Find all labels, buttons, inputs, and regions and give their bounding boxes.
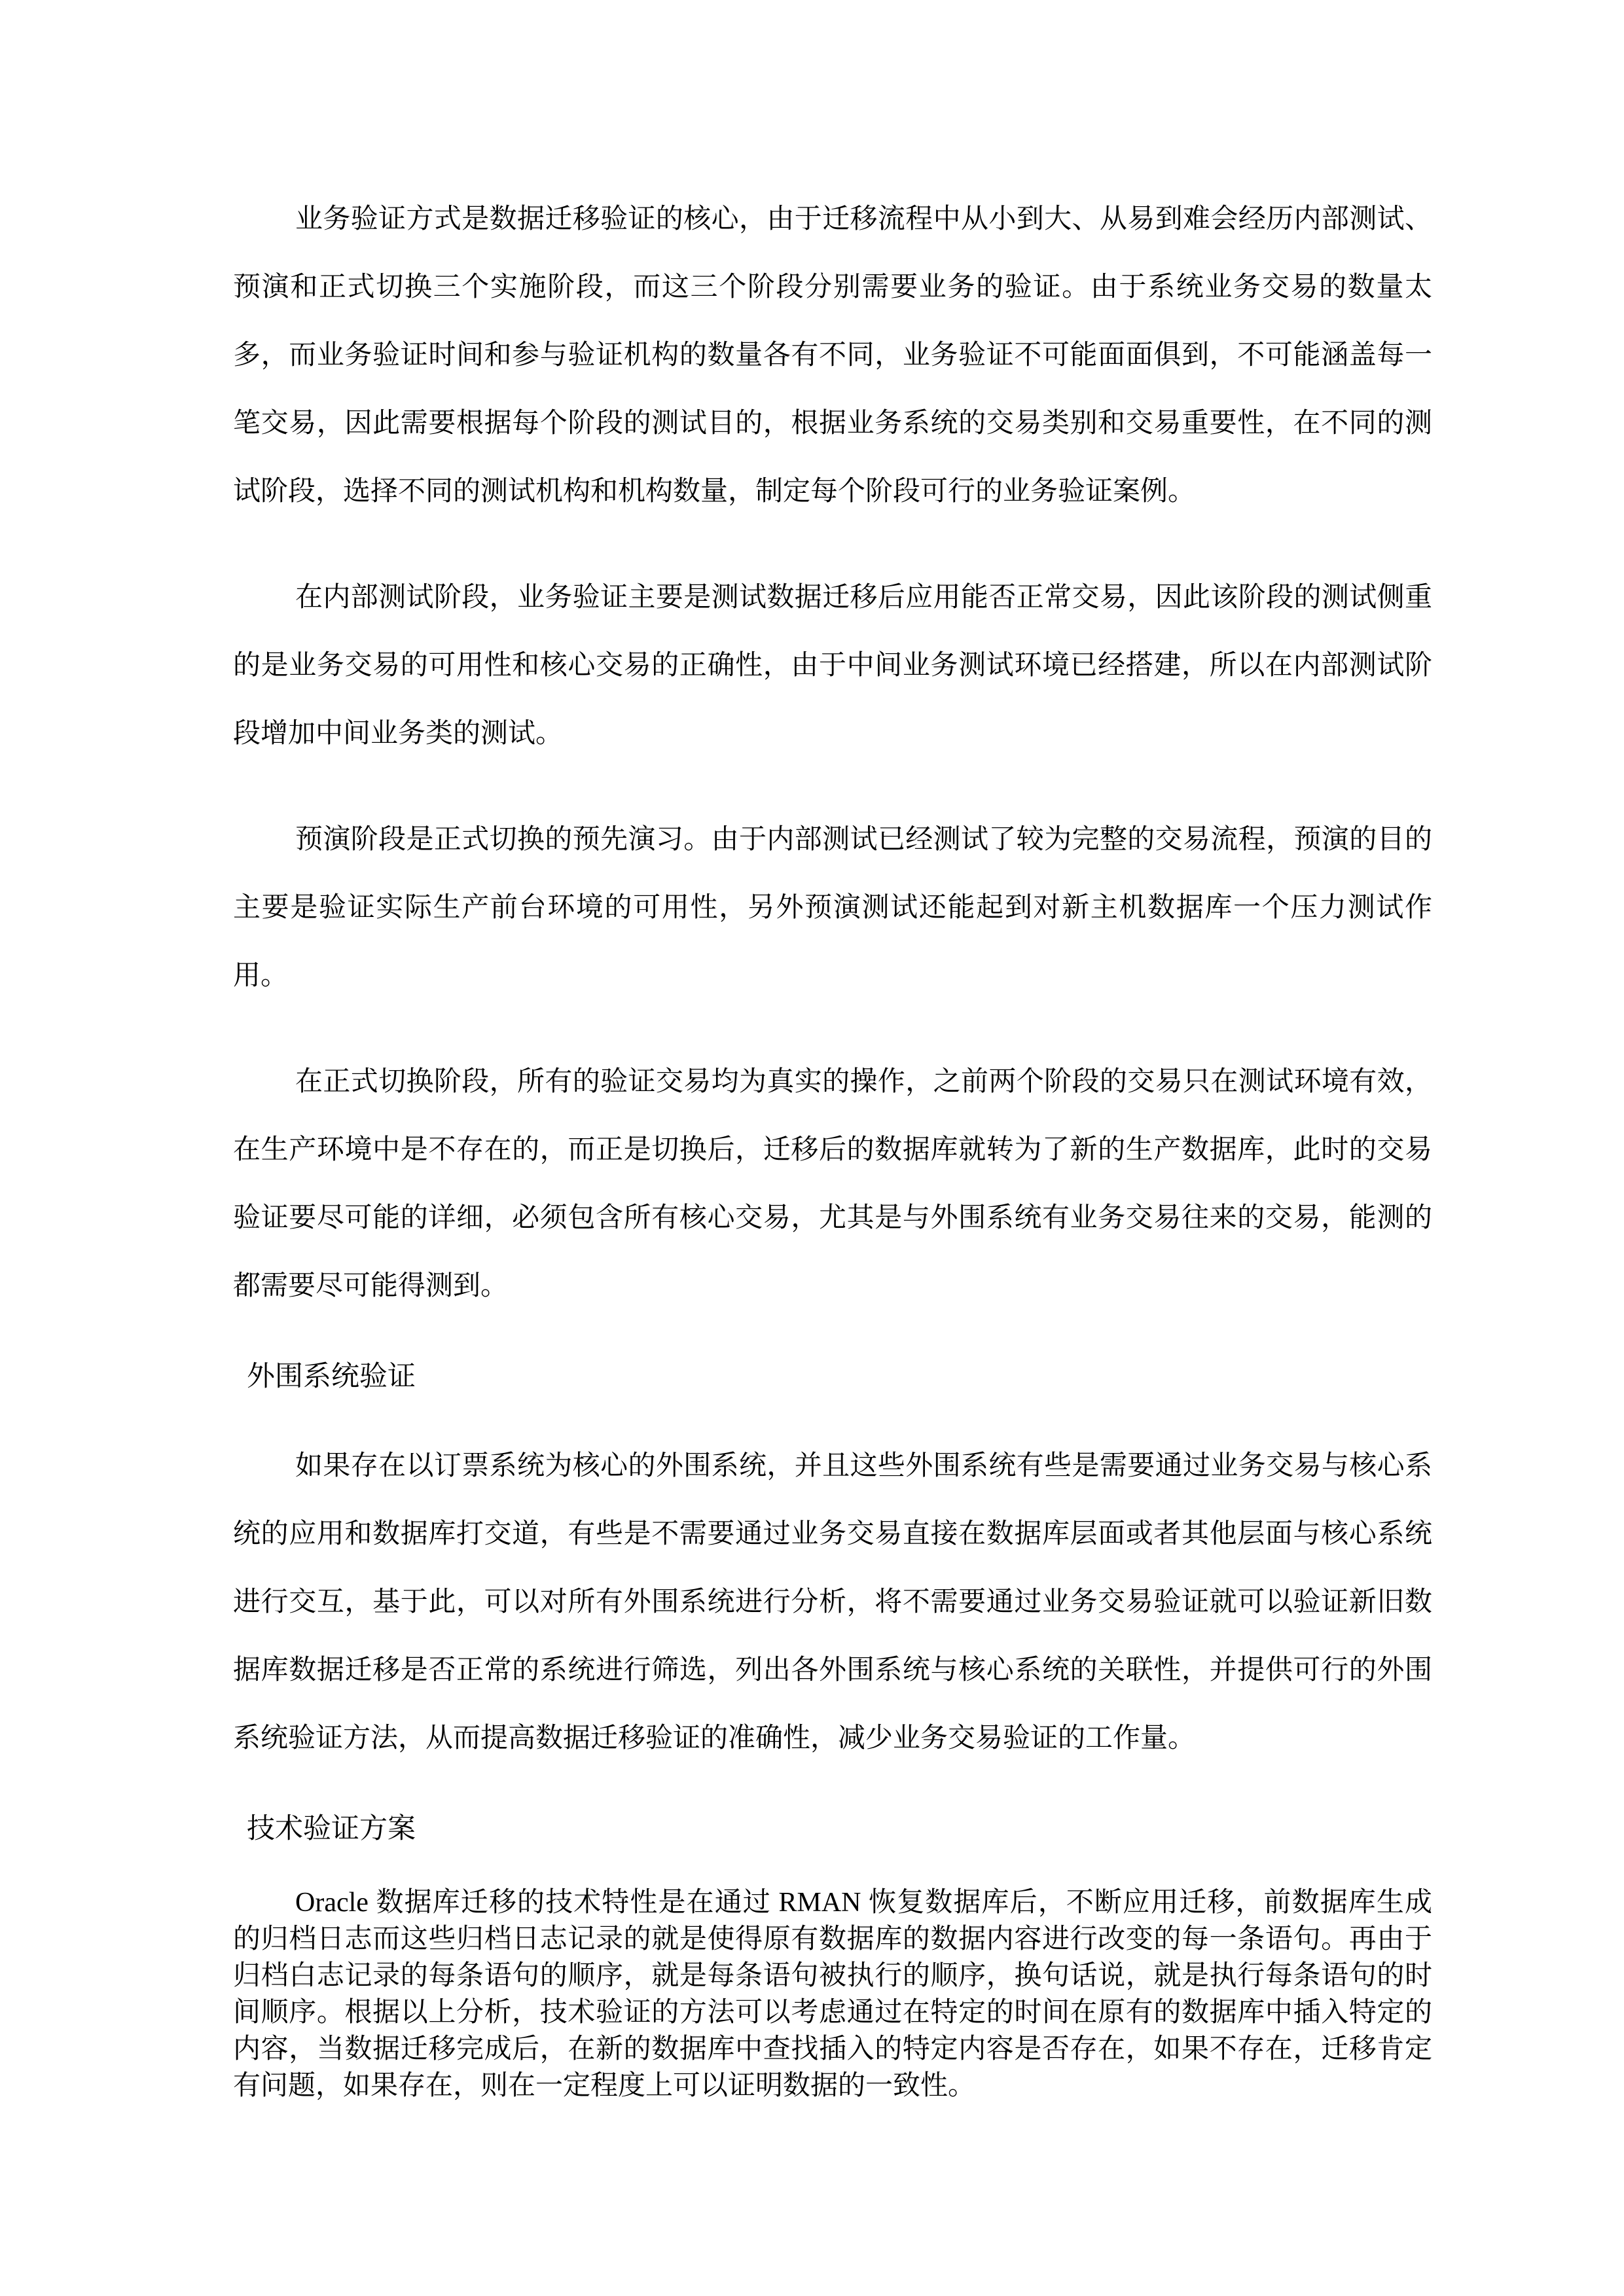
paragraph-internal-test-phase: 在内部测试阶段，业务验证主要是测试数据迁移后应用能否正常交易，因此该阶段的测试侧… (233, 564, 1432, 768)
paragraph-rehearsal-phase: 预演阶段是正式切换的预先演习。由于内部测试已经测试了较为完整的交易流程，预演的目… (233, 806, 1432, 1010)
paragraph-official-switch-phase: 在正式切换阶段，所有的验证交易均为真实的操作，之前两个阶段的交易只在测试环境有效… (233, 1048, 1432, 1320)
section-heading-technical-validation-plan: 技术验证方案 (233, 1810, 1432, 1848)
paragraph-oracle-technical-validation: Oracle 数据库迁移的技术特性是在通过 RMAN 恢复数据库后，不断应用迁移… (233, 1884, 1432, 2104)
section-heading-peripheral-system-validation: 外围系统验证 (233, 1358, 1432, 1396)
paragraph-peripheral-system-analysis: 如果存在以订票系统为核心的外围系统，并且这些外围系统有些是需要通过业务交易与核心… (233, 1432, 1432, 1772)
document-page: 业务验证方式是数据迁移验证的核心，由于迁移流程中从小到大、从易到难会经历内部测试… (0, 0, 1624, 2296)
paragraph-business-validation-overview: 业务验证方式是数据迁移验证的核心，由于迁移流程中从小到大、从易到难会经历内部测试… (233, 185, 1432, 526)
